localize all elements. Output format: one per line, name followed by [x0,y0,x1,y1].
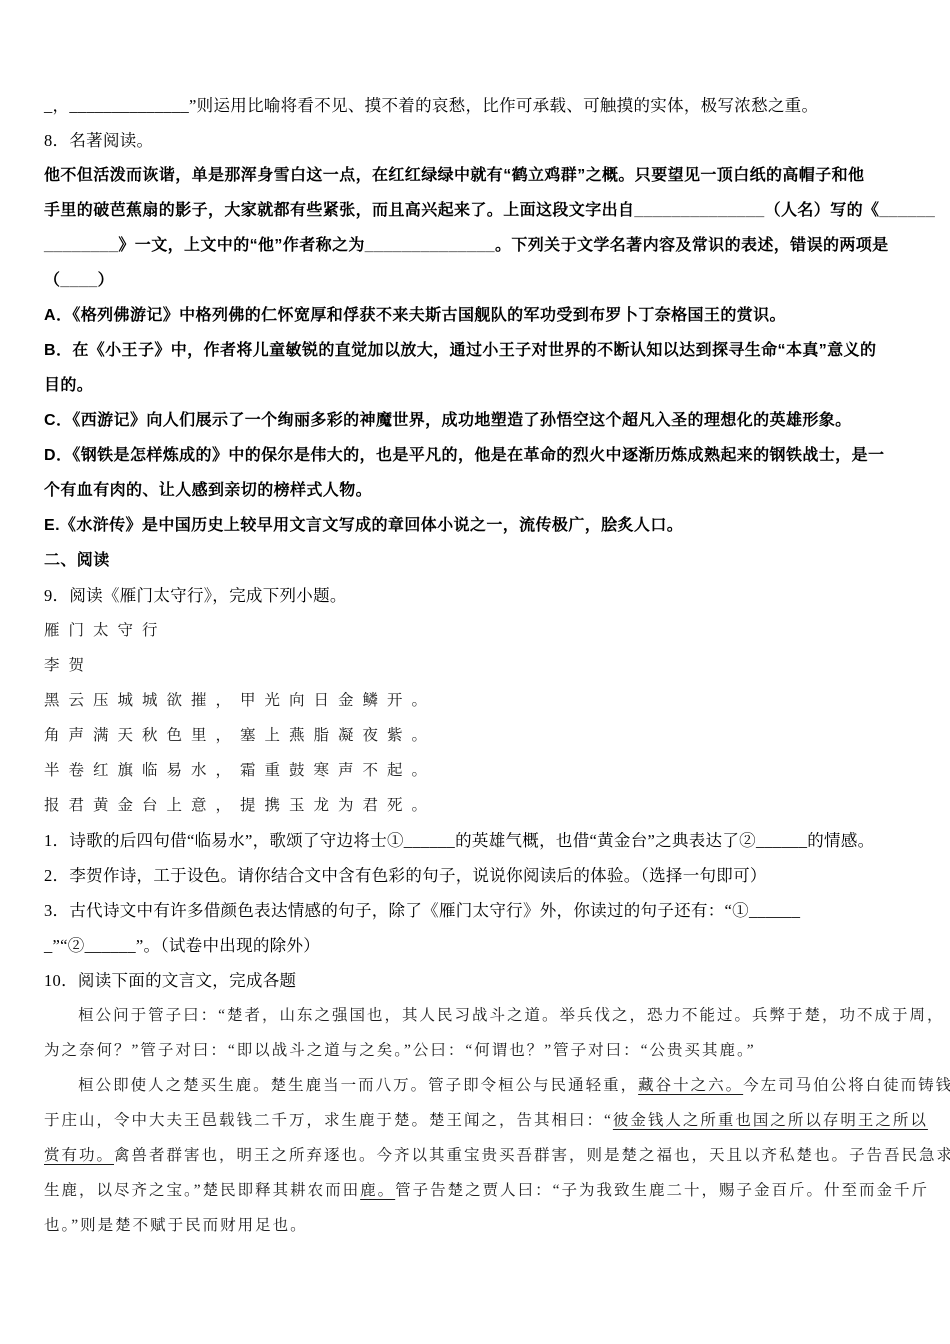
text-segment: 李贺 [44,657,93,674]
poem-author: 李贺 [44,648,910,683]
text-segment: 禽兽者群害也，明王之所弃逐也。今齐以其重宝贵买吾群害，则是楚之福也，天且以齐私楚… [114,1147,950,1164]
text-segment: 10．阅读下面的文言文，完成各题 [44,971,296,990]
text-segment: C．《西游记》向人们展示了一个绚丽多彩的神魔世界，成功地塑造了孙悟空这个超凡入圣… [44,412,852,429]
text-line: 生鹿，以尽齐之宝。”楚民即释其耕农而田鹿。管子告楚之贾人曰：“子为我致生鹿二十，… [44,1173,910,1208]
text-line: _”“②______”。（试卷中出现的除外） [44,928,910,963]
text-line: 他不但活泼而诙谐，单是那浑身雪白这一点，在红红绿绿中就有“鹤立鸡群”之概。只要望… [44,158,910,193]
text-line: 赏有功。禽兽者群害也，明王之所弃逐也。今齐以其重宝贵买吾群害，则是楚之福也，天且… [44,1138,910,1173]
question-8-excerpt: 他不但活泼而诙谐，单是那浑身雪白这一点，在红红绿绿中就有“鹤立鸡群”之概。只要望… [44,158,910,298]
question-7-tail: _，______________”则运用比喻将看不见、摸不着的哀愁，比作可承载、… [44,88,910,123]
underlined-text: 鹿。 [360,1182,395,1199]
text-segment: D．《钢铁是怎样炼成的》中的保尔是伟大的，也是平凡的，他是在革命的烈火中逐渐历炼… [44,447,884,464]
question-8-option-e: E.《水浒传》是中国历史上较早用文言文写成的章回体小说之一，流传极广，脍炙人口。 [44,508,910,543]
text-line: 9．阅读《雁门太守行》，完成下列小题。 [44,578,910,613]
passage-paragraph-1: 桓公问于管子曰：“楚者，山东之强国也，其人民习战斗之道。举兵伐之，恐力不能过。兵… [44,998,910,1068]
text-line: 也。”则是楚不赋于民而财用足也。 [44,1208,910,1243]
text-line: A．《格列佛游记》中格列佛的仁怀宽厚和俘获不来夫斯古国舰队的军功受到布罗卜丁奈格… [44,298,910,333]
text-line: 半卷红旗临易水，霜重鼓寒声不起。 [44,753,910,788]
text-segment: 3．古代诗文中有许多借颜色表达情感的句子，除了《雁门太守行》外，你读过的句子还有… [44,901,800,920]
text-line: ________》一文，上文中的“他”作者称之为______________。下… [44,228,910,263]
text-segment: 角声满天秋色里，塞上燕脂凝夜紫。 [44,727,436,744]
text-line: 8．名著阅读。 [44,123,910,158]
question-8-option-d: D．《钢铁是怎样炼成的》中的保尔是伟大的，也是平凡的，他是在革命的烈火中逐渐历炼… [44,438,910,508]
text-line: 李贺 [44,648,910,683]
text-segment: 管子告楚之贾人曰：“子为我致生鹿二十，赐子金百斤。什至而金千斤 [395,1182,929,1199]
text-line: 黑云压城城欲摧，甲光向日金鳞开。 [44,683,910,718]
text-segment: 2．李贺作诗，工于设色。请你结合文中含有色彩的句子，说说你阅读后的体验。（选择一… [44,866,767,885]
question-8-stem: 8．名著阅读。 [44,123,910,158]
text-line: 目的。 [44,368,910,403]
text-segment: 今左司马伯公将白徒而铸钱 [743,1077,950,1094]
text-line: 二、阅读 [44,543,910,578]
text-line: B．在《小王子》中，作者将儿童敏锐的直觉加以放大，通过小王子对世界的不断认知以达… [44,333,910,368]
text-line: D．《钢铁是怎样炼成的》中的保尔是伟大的，也是平凡的，他是在革命的烈火中逐渐历炼… [44,438,910,473]
text-segment: 1．诗歌的后四句借“临易水”，歌颂了守边将士①______的英雄气概，也借“黄金… [44,831,874,850]
text-line: 于庄山，令中大夫王邑载钱二千万，求生鹿于楚。楚王闻之，告其相曰：“彼金钱人之所重… [44,1103,910,1138]
text-line: 桓公即使人之楚买生鹿。楚生鹿当一而八万。管子即令桓公与民通轻重，藏谷十之六。今左… [44,1068,910,1103]
text-segment: ________》一文，上文中的“他”作者称之为______________。下… [44,237,889,254]
poem-title: 雁门太守行 [44,613,910,648]
text-segment: 黑云压城城欲摧，甲光向日金鳞开。 [44,692,436,709]
text-line: 为之奈何？”管子对曰：“即以战斗之道与之矣。”公曰：“何谓也？”管子对曰：“公贵… [44,1033,910,1068]
text-line: （____） [44,263,910,298]
text-segment: 雁门太守行 [44,622,167,639]
text-segment: A．《格列佛游记》中格列佛的仁怀宽厚和俘获不来夫斯古国舰队的军功受到布罗卜丁奈格… [44,307,786,324]
text-segment: 桓公问于管子曰：“楚者，山东之强国也，其人民习战斗之道。举兵伐之，恐力不能过。兵… [78,1007,944,1024]
text-segment: 他不但活泼而诙谐，单是那浑身雪白这一点，在红红绿绿中就有“鹤立鸡群”之概。只要望… [44,167,864,184]
text-segment: 个有血有肉的、让人感到亲切的榜样式人物。 [44,482,372,499]
text-line: 1．诗歌的后四句借“临易水”，歌颂了守边将士①______的英雄气概，也借“黄金… [44,823,910,858]
text-line: E.《水浒传》是中国历史上较早用文言文写成的章回体小说之一，流传极广，脍炙人口。 [44,508,910,543]
text-segment: 桓公即使人之楚买生鹿。楚生鹿当一而八万。管子即令桓公与民通轻重， [78,1077,638,1094]
text-segment: 半卷红旗临易水，霜重鼓寒声不起。 [44,762,436,779]
text-segment: 手里的破芭蕉扇的影子，大家就都有些紧张，而且高兴起来了。上面这段文字出自____… [44,202,935,219]
underlined-text: 彼金钱人之所重也国之所以存明王之所以 [613,1112,928,1129]
section-2-heading: 二、阅读 [44,543,910,578]
text-line: 桓公问于管子曰：“楚者，山东之强国也，其人民习战斗之道。举兵伐之，恐力不能过。兵… [44,998,910,1033]
poem-body: 黑云压城城欲摧，甲光向日金鳞开。角声满天秋色里，塞上燕脂凝夜紫。半卷红旗临易水，… [44,683,910,823]
text-segment: 也。”则是楚不赋于民而财用足也。 [44,1217,308,1234]
text-line: 雁门太守行 [44,613,910,648]
text-line: 3．古代诗文中有许多借颜色表达情感的句子，除了《雁门太守行》外，你读过的句子还有… [44,893,910,928]
underlined-text: 赏有功。 [44,1147,114,1164]
text-segment: 9．阅读《雁门太守行》，完成下列小题。 [44,586,347,605]
document-body: _，______________”则运用比喻将看不见、摸不着的哀愁，比作可承载、… [0,0,950,1243]
text-segment: 目的。 [44,377,93,394]
question-9-stem: 9．阅读《雁门太守行》，完成下列小题。 [44,578,910,613]
passage-paragraph-2: 桓公即使人之楚买生鹿。楚生鹿当一而八万。管子即令桓公与民通轻重，藏谷十之六。今左… [44,1068,910,1243]
text-segment: B．在《小王子》中，作者将儿童敏锐的直觉加以放大，通过小王子对世界的不断认知以达… [44,342,876,359]
question-10-stem: 10．阅读下面的文言文，完成各题 [44,963,910,998]
question-8-option-a: A．《格列佛游记》中格列佛的仁怀宽厚和俘获不来夫斯古国舰队的军功受到布罗卜丁奈格… [44,298,910,333]
text-segment: 二、阅读 [44,552,110,569]
text-segment: （____） [44,272,114,289]
text-line: 角声满天秋色里，塞上燕脂凝夜紫。 [44,718,910,753]
question-8-option-c: C．《西游记》向人们展示了一个绚丽多彩的神魔世界，成功地塑造了孙悟空这个超凡入圣… [44,403,910,438]
text-segment: 为之奈何？”管子对曰：“即以战斗之道与之矣。”公曰：“何谓也？”管子对曰：“公贵… [44,1042,756,1059]
text-segment: 于庄山，令中大夫王邑载钱二千万，求生鹿于楚。楚王闻之，告其相曰：“ [44,1112,613,1129]
text-segment: 8．名著阅读。 [44,131,153,150]
question-8-option-b: B．在《小王子》中，作者将儿童敏锐的直觉加以放大，通过小王子对世界的不断认知以达… [44,333,910,403]
text-line: C．《西游记》向人们展示了一个绚丽多彩的神魔世界，成功地塑造了孙悟空这个超凡入圣… [44,403,910,438]
text-line: 10．阅读下面的文言文，完成各题 [44,963,910,998]
text-segment: _”“②______”。（试卷中出现的除外） [44,936,320,955]
text-line: 个有血有肉的、让人感到亲切的榜样式人物。 [44,473,910,508]
underlined-text: 藏谷十之六。 [638,1077,743,1094]
text-segment: 生鹿，以尽齐之宝。”楚民即释其耕农而田 [44,1182,360,1199]
question-9-subquestions: 1．诗歌的后四句借“临易水”，歌颂了守边将士①______的英雄气概，也借“黄金… [44,823,910,963]
text-segment: 报君黄金台上意，提携玉龙为君死。 [44,797,436,814]
text-segment: E.《水浒传》是中国历史上较早用文言文写成的章回体小说之一，流传极广，脍炙人口。 [44,517,683,534]
text-line: 手里的破芭蕉扇的影子，大家就都有些紧张，而且高兴起来了。上面这段文字出自____… [44,193,910,228]
text-line: _，______________”则运用比喻将看不见、摸不着的哀愁，比作可承载、… [44,88,910,123]
text-segment: _，______________”则运用比喻将看不见、摸不着的哀愁，比作可承载、… [44,96,818,115]
text-line: 2．李贺作诗，工于设色。请你结合文中含有色彩的句子，说说你阅读后的体验。（选择一… [44,858,910,893]
text-line: 报君黄金台上意，提携玉龙为君死。 [44,788,910,823]
